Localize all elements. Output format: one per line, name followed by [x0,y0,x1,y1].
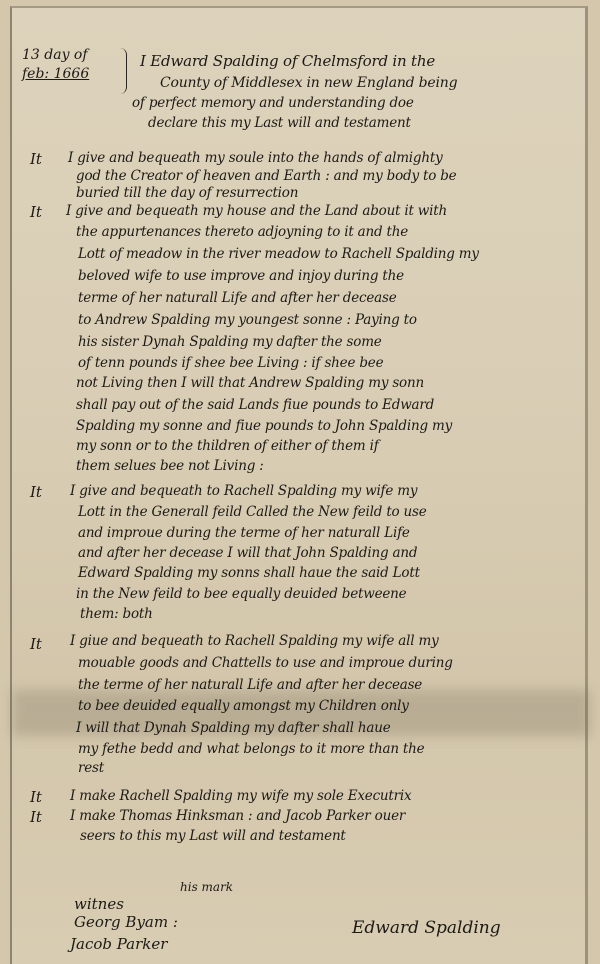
clause-line: I will that Dynah Spalding my dafter sha… [76,720,391,736]
preamble-line: County of Middlesex in new England being [160,75,457,91]
clause-line: to Andrew Spalding my youngest sonne : P… [78,312,417,328]
clause-line: buried till the day of resurrection [76,185,298,201]
clause-line: of tenn pounds if shee bee Living : if s… [78,355,383,371]
item-marker: It [30,150,42,168]
witness-name: Georg Byam : [74,913,178,931]
clause-line: I give and bequeath my soule into the ha… [68,150,443,166]
item-marker: It [30,635,42,653]
clause-line: the appurtenances thereto adjoyning to i… [76,224,408,240]
clause-line: to bee deuided equally amongst my Childr… [78,698,409,714]
clause-line: I make Rachell Spalding my wife my sole … [70,788,411,804]
clause-line: not Living then I will that Andrew Spald… [76,375,424,391]
witness-name: Jacob Parker [70,935,167,953]
clause-line: the terme of her naturall Life and after… [78,677,422,693]
clause-line: and after her decease I will that John S… [78,545,417,561]
clause-line: mouable goods and Chattells to use and i… [78,655,453,671]
clause-line: my fethe bedd and what belongs to it mor… [78,741,424,757]
preamble-line: declare this my Last will and testament [148,115,411,131]
clause-line: them selues bee not Living : [76,458,264,474]
clause-line: I make Thomas Hinksman : and Jacob Parke… [70,808,405,824]
clause-line: I giue and bequeath to Rachell Spalding … [70,633,439,649]
clause-line: Edward Spalding my sonns shall haue the … [78,565,420,581]
margin-date-line2: feb: 1666 [22,65,89,84]
item-marker: It [30,203,42,221]
clause-line: shall pay out of the said Lands fiue pou… [76,397,434,413]
clause-line: them: both [80,606,153,622]
witness-mark-note: his mark [180,880,233,894]
clause-line: rest [78,760,104,776]
clause-line: I give and bequeath to Rachell Spalding … [70,483,417,499]
preamble-line: of perfect memory and understanding doe [132,95,414,111]
document-page: 13 day of feb: 1666 I Edward Spalding of… [0,0,600,964]
clause-line: Spalding my sonne and fiue pounds to Joh… [76,418,452,434]
testator-signature: Edward Spalding [352,918,501,938]
preamble-line: I Edward Spalding of Chelmsford in the [140,52,435,70]
clause-line: terme of her naturall Life and after her… [78,290,397,306]
clause-line: I give and bequeath my house and the Lan… [66,203,447,219]
witness-label: witnes [74,895,124,913]
item-marker: It [30,483,42,501]
margin-date: 13 day of feb: 1666 [22,46,89,84]
clause-line: my sonn or to the thildren of either of … [76,438,379,454]
item-marker: It [30,808,42,826]
clause-line: seers to this my Last will and testament [80,828,346,844]
margin-date-line1: 13 day of [22,46,89,65]
margin-bracket [120,48,127,94]
clause-line: beloved wife to use improve and injoy du… [78,268,404,284]
clause-line: his sister Dynah Spalding my dafter the … [78,334,382,350]
clause-line: god the Creator of heaven and Earth : an… [76,168,456,184]
clause-line: and improue during the terme of her natu… [78,525,410,541]
clause-line: Lott in the Generall feild Called the Ne… [78,504,427,520]
item-marker: It [30,788,42,806]
clause-line: in the New feild to bee equally deuided … [76,586,406,602]
clause-line: Lott of meadow in the river meadow to Ra… [78,246,479,262]
